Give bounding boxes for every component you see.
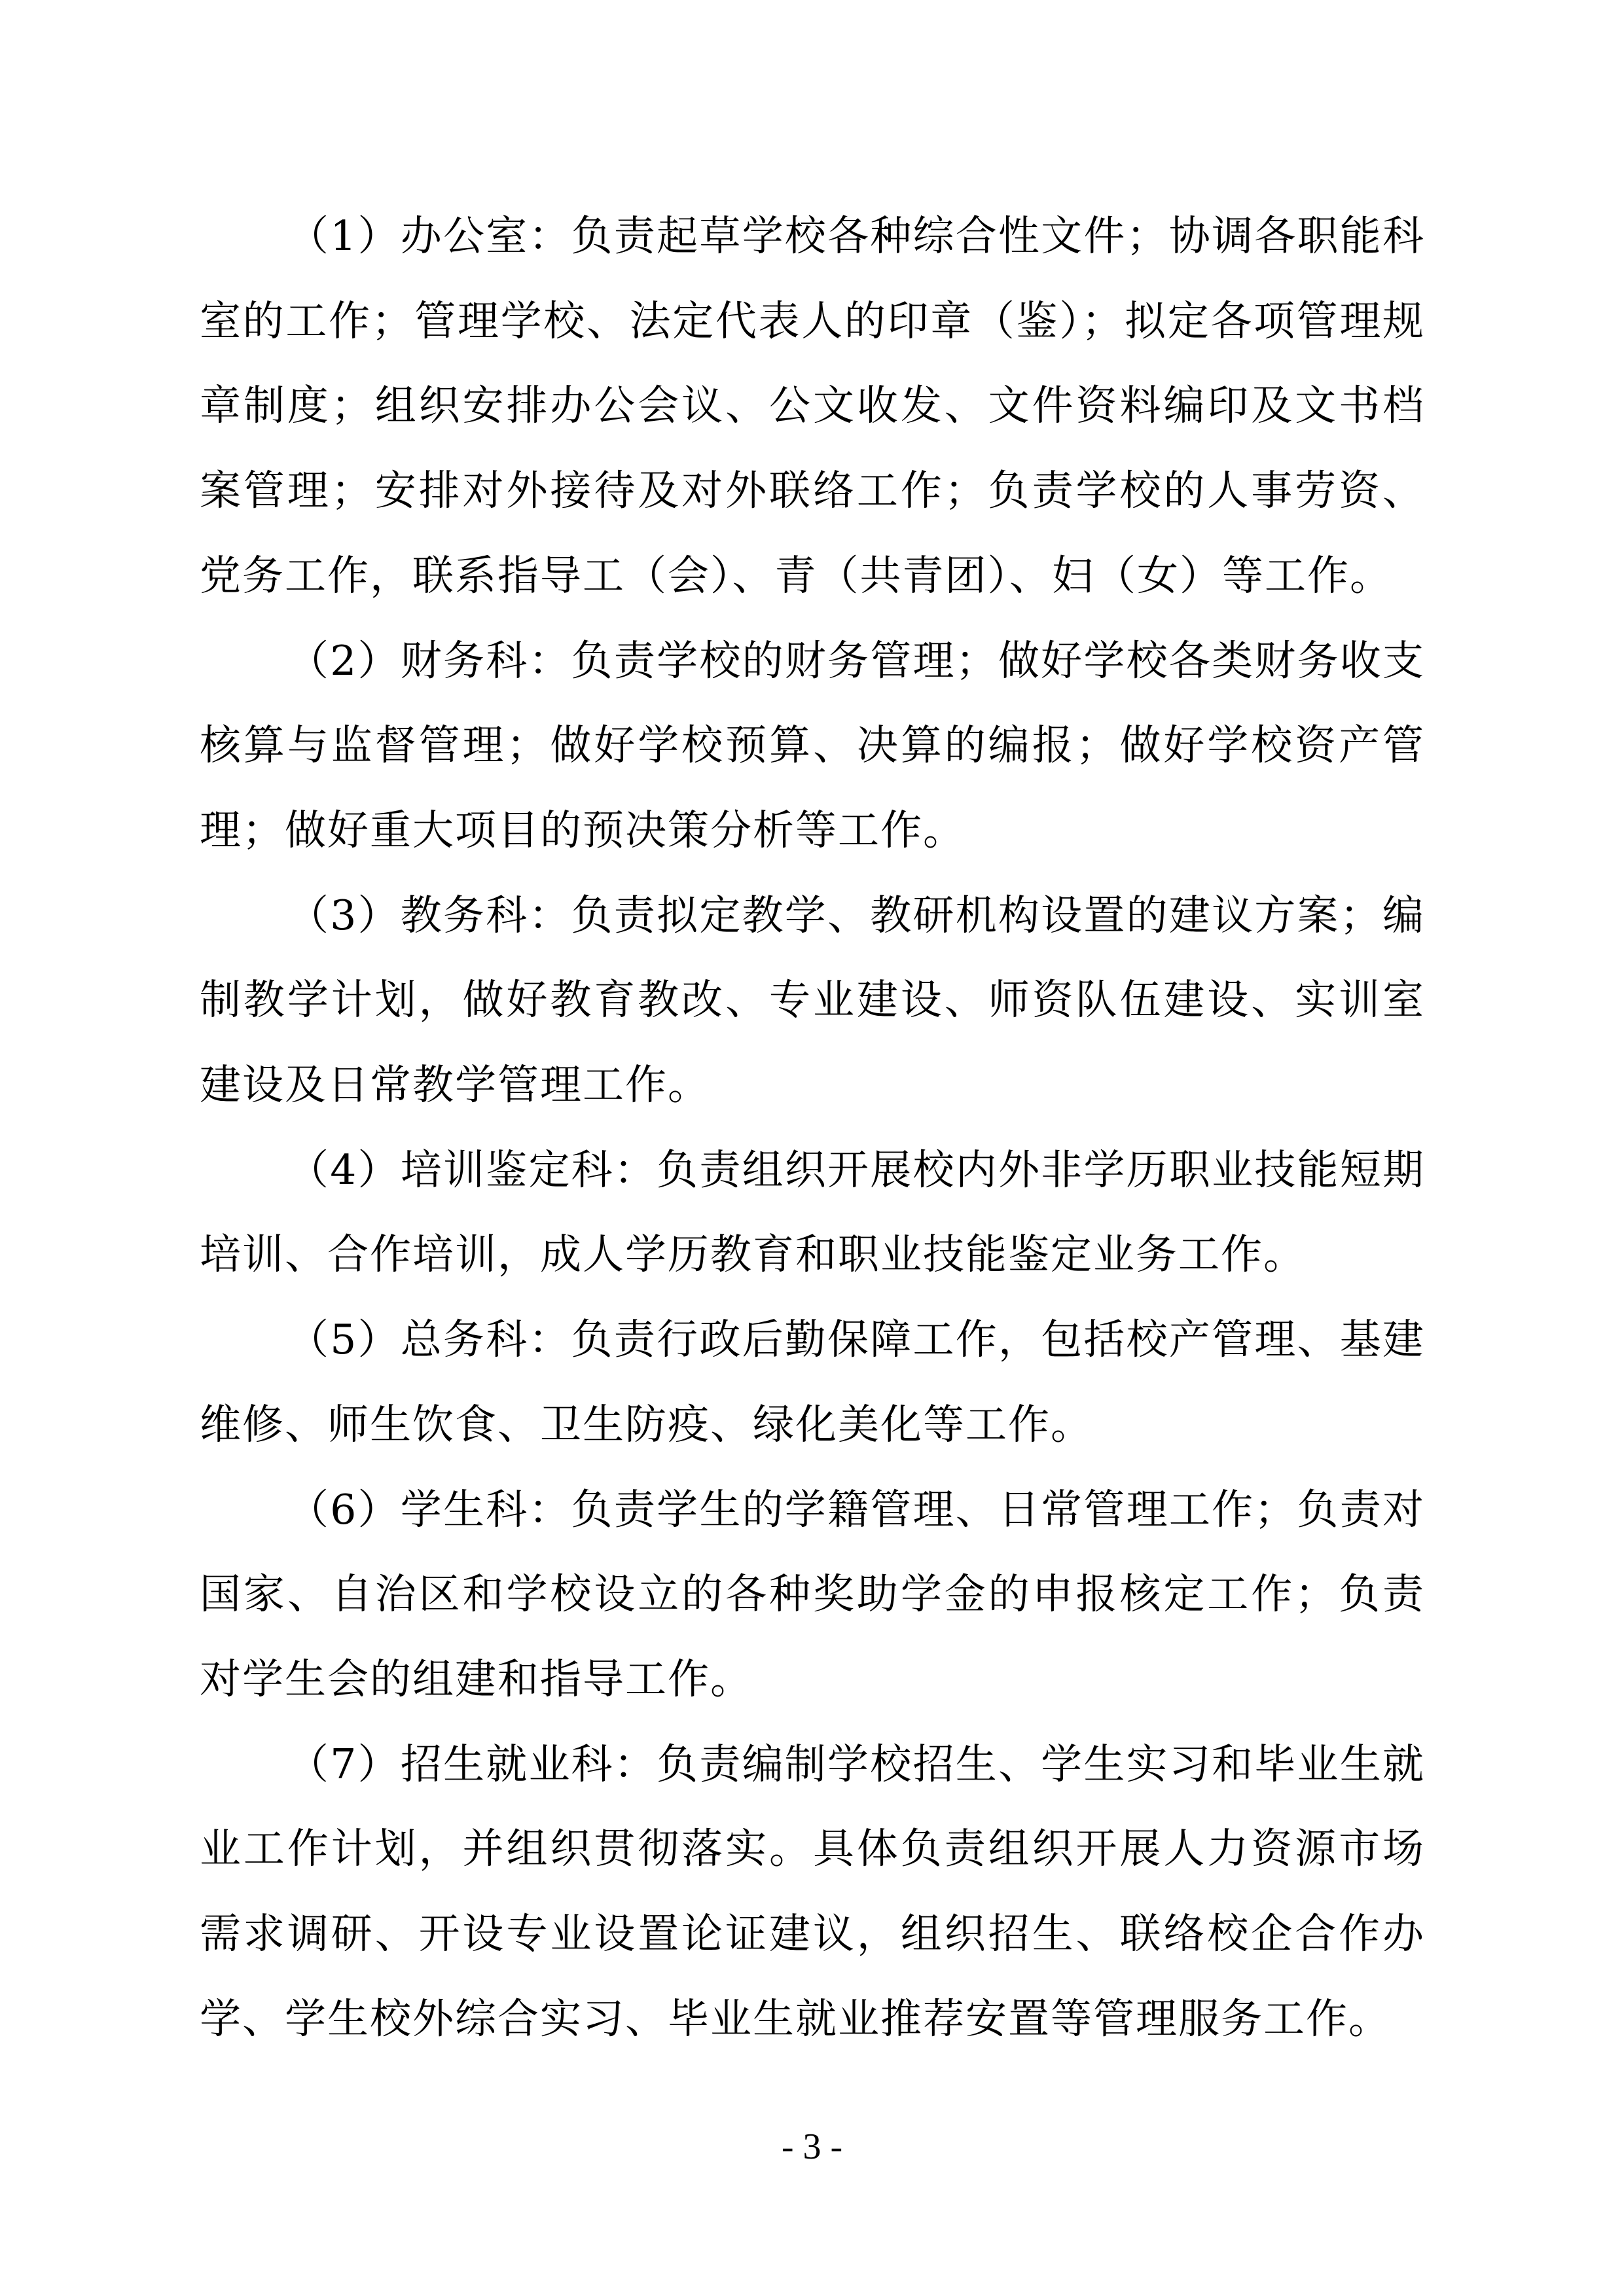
paragraph-academic-affairs: （3）教务科：负责拟定教学、教研机构设置的建议方案；编制教学计划，做好教育教改、… — [200, 873, 1425, 1128]
paragraph-general-affairs: （5）总务科：负责行政后勤保障工作，包括校产管理、基建维修、师生饮食、卫生防疫、… — [200, 1297, 1425, 1467]
paragraph-office: （1）办公室：负责起草学校各种综合性文件；协调各职能科室的工作；管理学校、法定代… — [200, 194, 1425, 619]
paragraph-admissions-employment: （7）招生就业科：负责编制学校招生、学生实习和毕业生就业工作计划，并组织贯彻落实… — [200, 1722, 1425, 2062]
document-page: （1）办公室：负责起草学校各种综合性文件；协调各职能科室的工作；管理学校、法定代… — [0, 0, 1624, 2296]
paragraph-training-appraisal: （4）培训鉴定科：负责组织开展校内外非学历职业技能短期培训、合作培训，成人学历教… — [200, 1128, 1425, 1297]
document-body: （1）办公室：负责起草学校各种综合性文件；协调各职能科室的工作；管理学校、法定代… — [200, 194, 1425, 2061]
paragraph-finance: （2）财务科：负责学校的财务管理；做好学校各类财务收支核算与监督管理；做好学校预… — [200, 619, 1425, 873]
paragraph-student-affairs: （6）学生科：负责学生的学籍管理、日常管理工作；负责对国家、自治区和学校设立的各… — [200, 1467, 1425, 1722]
page-number: - 3 - — [0, 2126, 1624, 2168]
